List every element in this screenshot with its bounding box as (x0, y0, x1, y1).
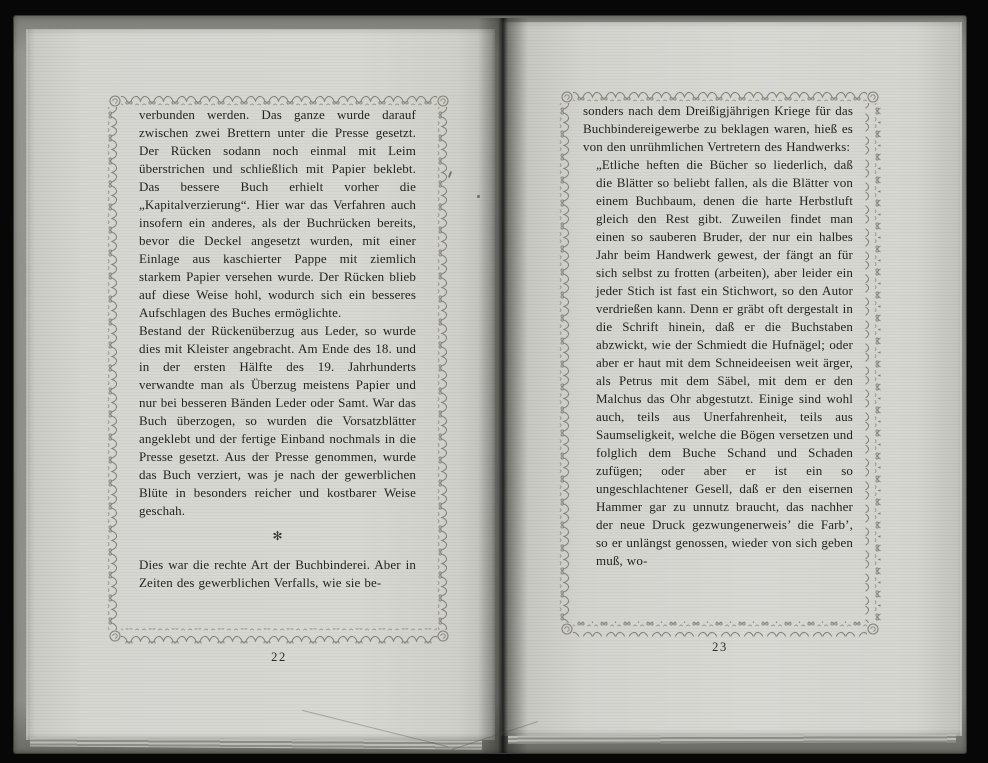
body-paragraph: verbunden werden. Das ganze wurde darauf… (139, 106, 416, 322)
right-page-text: sonders nach dem Dreißigjährigen Kriege … (583, 102, 853, 570)
body-paragraph: sonders nach dem Dreißigjährigen Kriege … (583, 102, 853, 156)
page-number: 23 (558, 640, 882, 655)
body-paragraph: Bestand der Rückenüberzug aus Leder, so … (139, 322, 416, 520)
body-paragraph: Dies war die rechte Art der Buchbinderei… (139, 556, 416, 592)
quotation-paragraph: „Etliche heften die Bücher so liederlich… (596, 156, 853, 570)
page-right: sonders nach dem Dreißigjährigen Kriege … (501, 22, 962, 736)
section-break-star-ornament: ✻ (139, 527, 416, 545)
page-number: 22 (106, 650, 452, 665)
page-left: verbunden werden. Das ganze wurde darauf… (26, 29, 495, 740)
dust-speck (477, 195, 480, 198)
book-photo: verbunden werden. Das ganze wurde darauf… (0, 0, 988, 763)
left-page-text: verbunden werden. Das ganze wurde darauf… (139, 106, 416, 592)
